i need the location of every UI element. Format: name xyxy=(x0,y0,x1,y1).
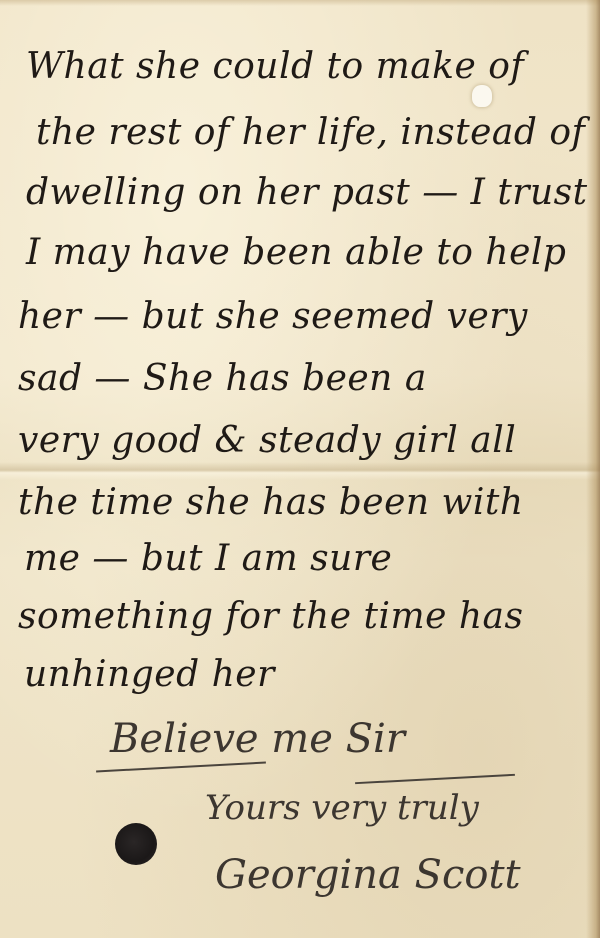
ink-blot xyxy=(115,823,157,865)
paper-top-edge xyxy=(0,0,600,6)
letter-line-9: me — but I am sure xyxy=(24,538,392,579)
closing-valediction: Yours very truly xyxy=(205,788,479,828)
letter-line-4: I may have been able to help xyxy=(26,232,566,273)
paper-worn-edge xyxy=(586,0,600,938)
closing-salutation: Believe me Sir xyxy=(110,716,405,762)
letter-line-6: sad — She has been a xyxy=(18,358,427,399)
signature: Georgina Scott xyxy=(215,852,521,898)
paper-fold-crease xyxy=(0,462,600,480)
letter-page: What she could to make of the rest of he… xyxy=(0,0,600,938)
valediction-flourish xyxy=(355,774,515,784)
letter-line-1: What she could to make of xyxy=(26,46,524,87)
letter-line-3: dwelling on her past — I trust xyxy=(26,172,588,213)
letter-line-2: the rest of her life, instead of xyxy=(36,112,585,153)
letter-line-10: something for the time has xyxy=(18,596,523,637)
letter-line-7: very good & steady girl all xyxy=(18,420,516,461)
letter-line-5: her — but she seemed very xyxy=(18,296,528,337)
letter-line-8: the time she has been with xyxy=(18,482,524,523)
salutation-flourish xyxy=(96,762,266,773)
letter-line-11: unhinged her xyxy=(24,654,275,695)
paper-hole xyxy=(472,85,492,107)
